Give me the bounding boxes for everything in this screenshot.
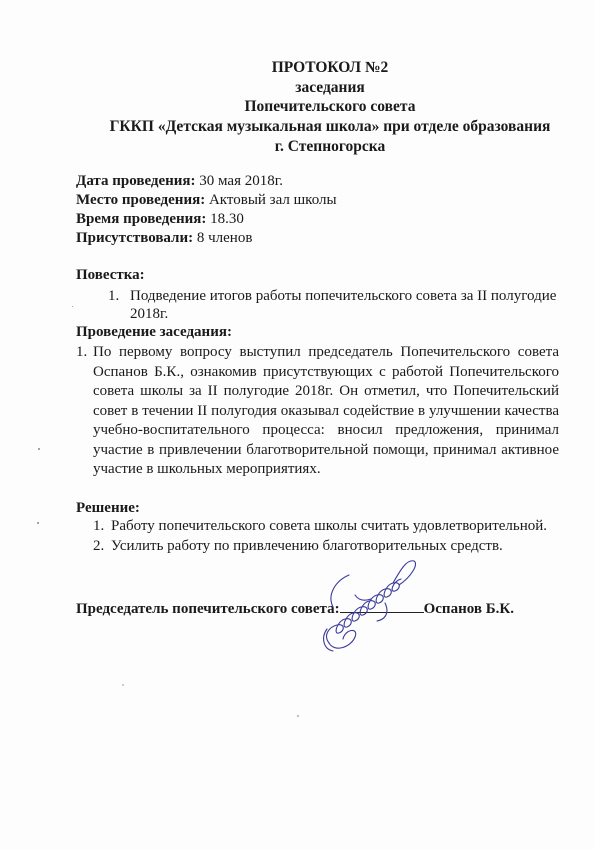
- meta-place-value: Актовый зал школы: [205, 192, 336, 208]
- title-subline-meeting: заседания: [0, 78, 594, 98]
- agenda-item-number: 1.: [108, 287, 119, 305]
- scan-speck: [38, 448, 40, 450]
- decision-item-text: Работу попечительского совета школы счит…: [111, 518, 547, 534]
- scan-speck: [72, 306, 73, 307]
- document-page: ПРОТОКОЛ №2 заседания Попечительского со…: [0, 0, 594, 849]
- decision-item: 1.Работу попечительского совета школы сч…: [93, 517, 547, 536]
- meta-attendees-label: Присутствовали:: [76, 230, 193, 246]
- scan-speck: [122, 684, 124, 686]
- title-subline-city: г. Степногорска: [0, 137, 594, 157]
- decision-item-text: Усилить работу по привлечению благотвори…: [111, 538, 503, 554]
- proceedings-heading: Проведение заседания:: [76, 323, 232, 342]
- meta-place-label: Место проведения:: [76, 192, 205, 208]
- decision-item-number: 2.: [93, 537, 111, 556]
- scan-speck: [297, 715, 299, 717]
- title-subline-council: Попечительского совета: [0, 97, 594, 117]
- proceedings-item-text: По первому вопросу выступил председатель…: [93, 343, 559, 480]
- agenda-heading: Повестка:: [76, 266, 145, 285]
- proceedings-item-number: 1.: [76, 343, 87, 363]
- meta-attendees-value: 8 членов: [193, 230, 252, 246]
- meta-date: Дата проведения: 30 мая 2018г.: [76, 172, 283, 191]
- meta-date-label: Дата проведения:: [76, 173, 196, 189]
- meta-attendees: Присутствовали: 8 членов: [76, 229, 252, 248]
- decision-heading: Решение:: [76, 499, 140, 518]
- decision-item-number: 1.: [93, 517, 111, 536]
- agenda-item-text: Подведение итогов работы попечительского…: [130, 287, 560, 323]
- signature-row: Председатель попечительского совета:Оспа…: [76, 598, 514, 619]
- meta-place: Место проведения: Актовый зал школы: [76, 191, 337, 210]
- meta-time: Время проведения: 18.30: [76, 210, 244, 229]
- signatory-name: Оспанов Б.К.: [424, 601, 514, 617]
- document-title: ПРОТОКОЛ №2: [0, 58, 594, 78]
- scan-speck: [37, 522, 39, 524]
- meta-time-value: 18.30: [206, 211, 244, 227]
- meta-time-label: Время проведения:: [76, 211, 206, 227]
- handwritten-signature-icon: [315, 555, 420, 655]
- signatory-role: Председатель попечительского совета:: [76, 601, 340, 617]
- meta-date-value: 30 мая 2018г.: [196, 173, 283, 189]
- decision-item: 2.Усилить работу по привлечению благотво…: [93, 537, 503, 556]
- title-subline-organization: ГККП «Детская музыкальная школа» при отд…: [0, 117, 594, 137]
